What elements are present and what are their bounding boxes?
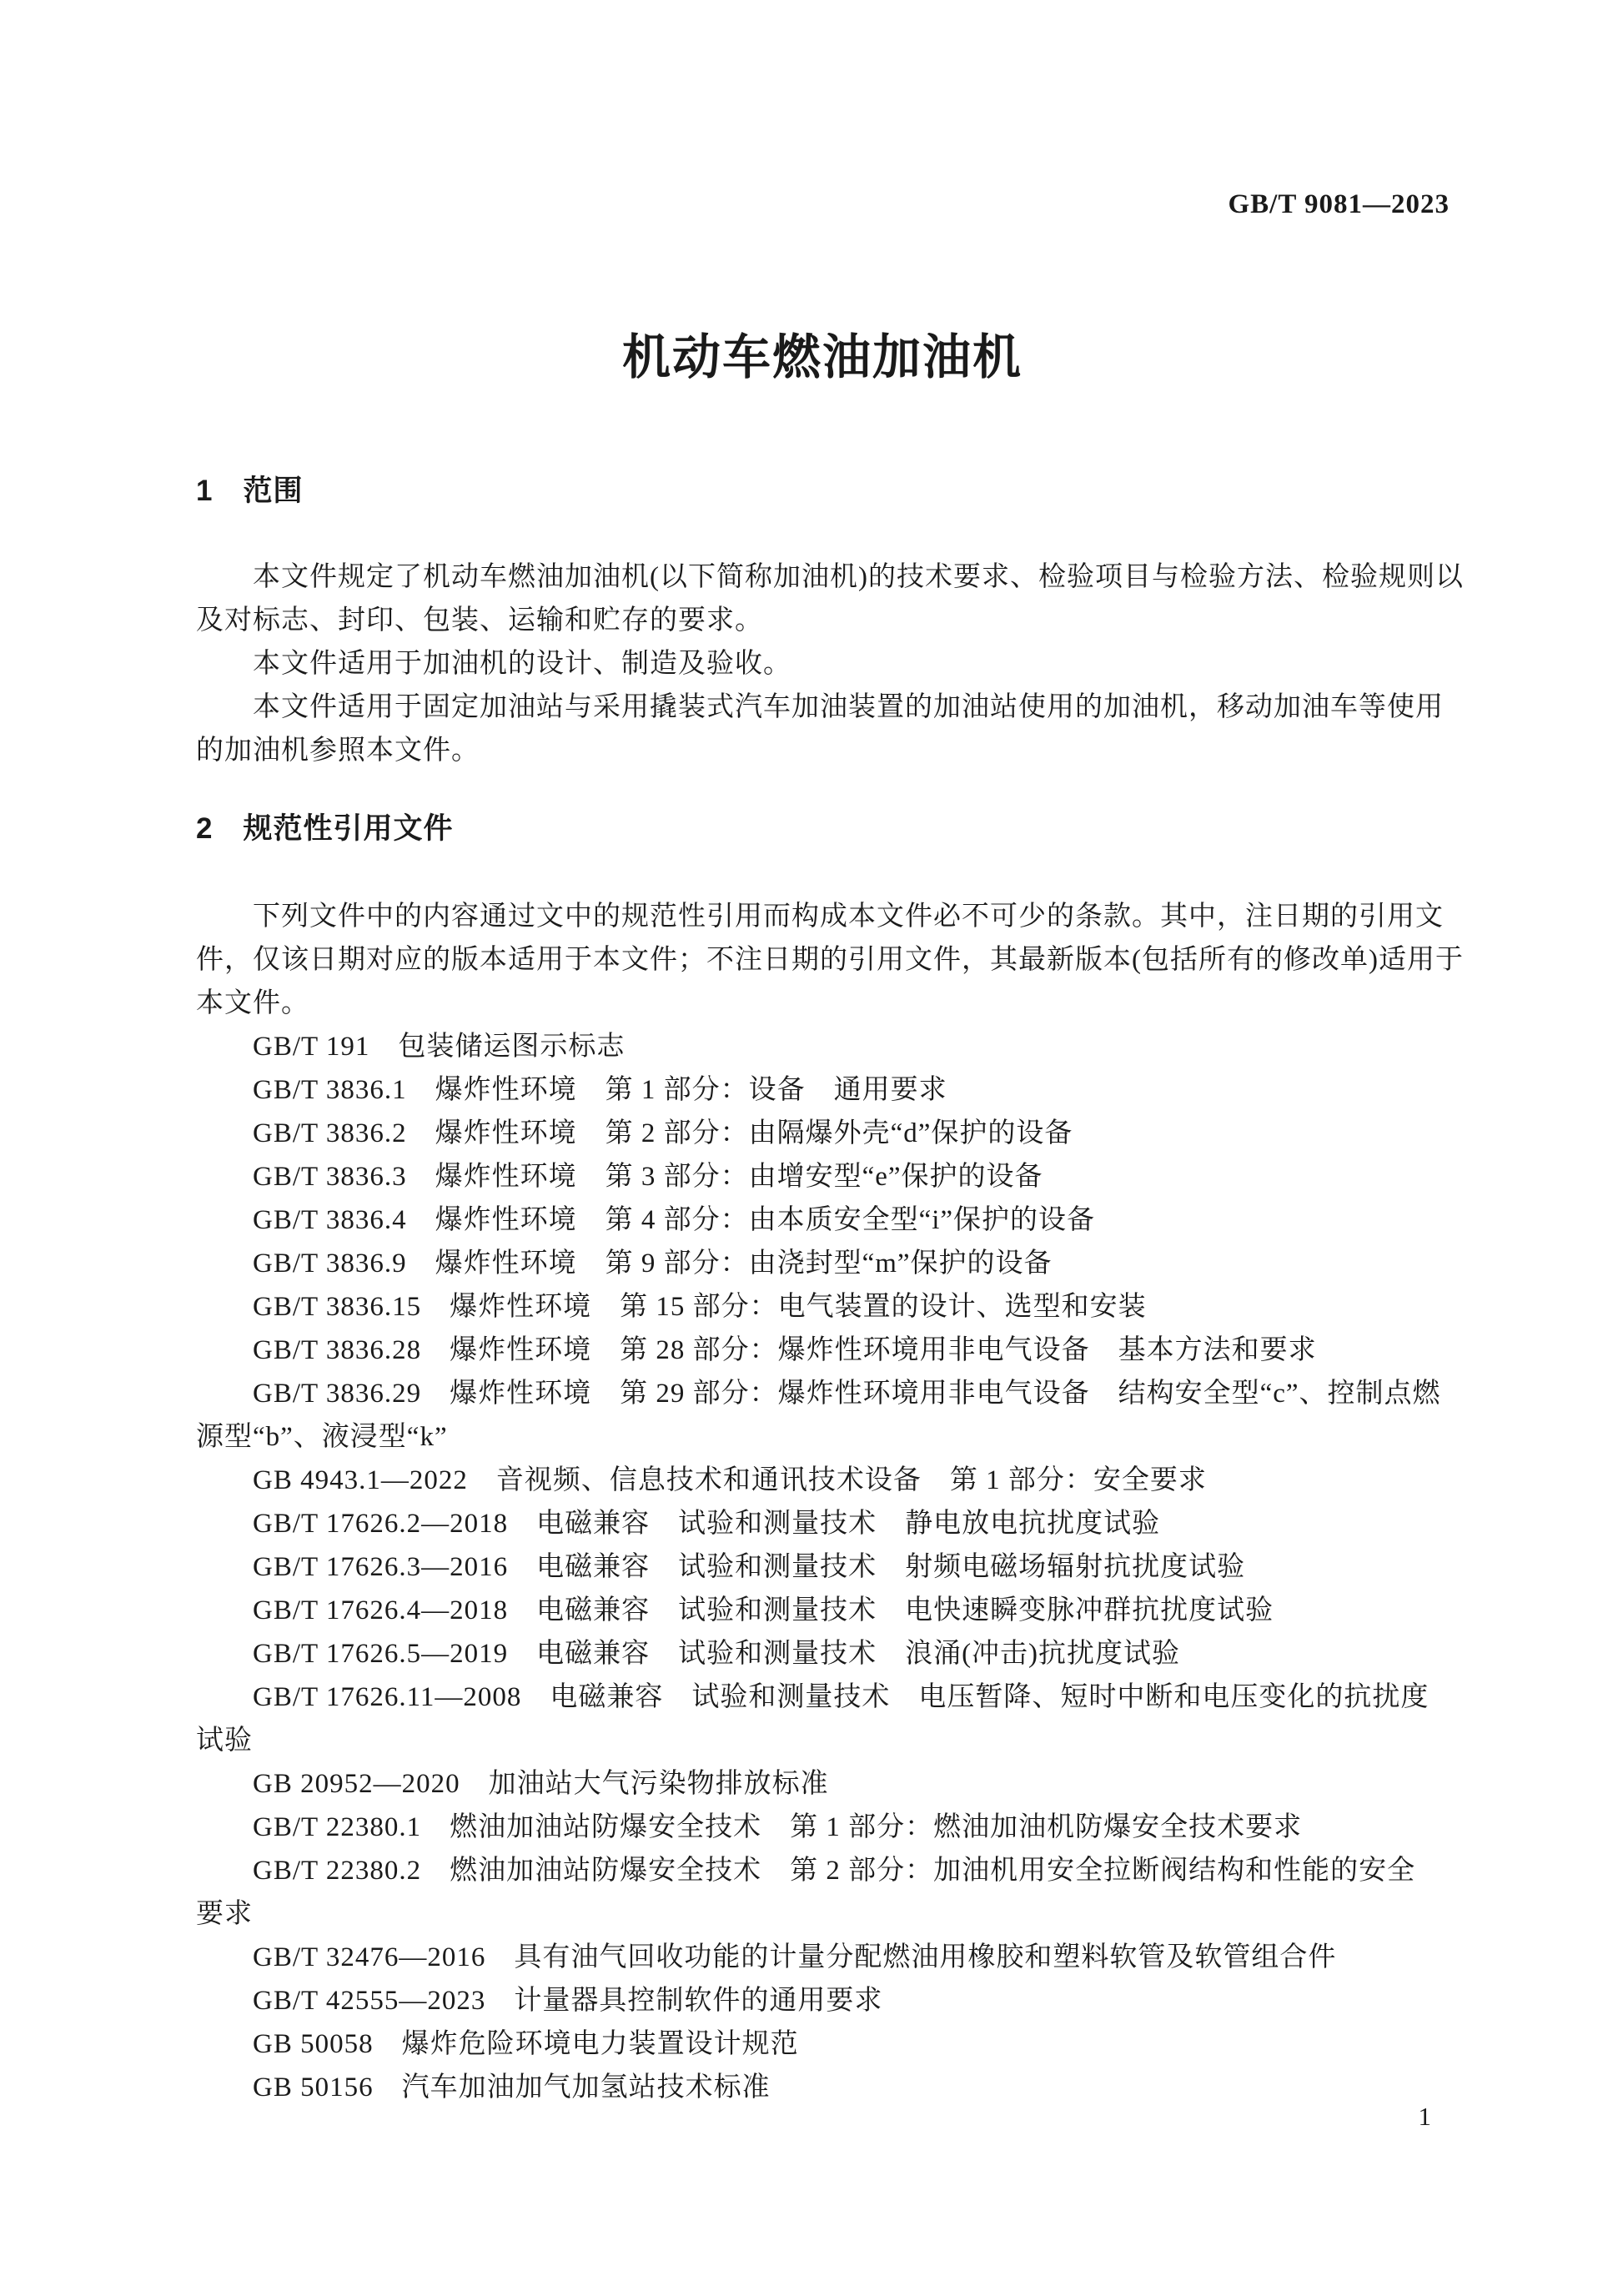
- reference-line: GB/T 3836.28 爆炸性环境 第 28 部分：爆炸性环境用非电气设备 基…: [196, 1329, 1449, 1372]
- intro-line: 下列文件中的内容通过文中的规范性引用而构成本文件必不可少的条款。其中，注日期的引…: [196, 895, 1449, 938]
- reference-line: 试验: [196, 1719, 1449, 1762]
- reference-line: GB/T 32476—2016 具有油气回收功能的计量分配燃油用橡胶和塑料软管及…: [196, 1936, 1449, 1979]
- reference-line: GB/T 17626.4—2018 电磁兼容 试验和测量技术 电快速瞬变脉冲群抗…: [196, 1589, 1449, 1632]
- reference-line: GB/T 17626.2—2018 电磁兼容 试验和测量技术 静电放电抗扰度试验: [196, 1502, 1449, 1545]
- normative-references-list: GB/T 191 包装储运图示标志 GB/T 3836.1 爆炸性环境 第 1 …: [196, 1025, 1449, 2109]
- reference-line: GB/T 22380.2 燃油加油站防爆安全技术 第 2 部分：加油机用安全拉断…: [196, 1849, 1449, 1892]
- reference-line: GB 20952—2020 加油站大气污染物排放标准: [196, 1762, 1449, 1806]
- reference-line: GB 50156 汽车加油加气加氢站技术标准: [196, 2066, 1449, 2109]
- section-heading-normative-references: 2 规范性引用文件: [196, 812, 453, 846]
- scope-line: 的加油机参照本文件。: [196, 729, 1449, 772]
- reference-line: GB 50058 爆炸危险环境电力装置设计规范: [196, 2022, 1449, 2066]
- reference-line: GB/T 3836.29 爆炸性环境 第 29 部分：爆炸性环境用非电气设备 结…: [196, 1372, 1449, 1415]
- reference-line: GB/T 17626.5—2019 电磁兼容 试验和测量技术 浪涌(冲击)抗扰度…: [196, 1632, 1449, 1676]
- reference-line: 源型“b”、液浸型“k”: [196, 1415, 1449, 1459]
- scope-line: 及对标志、封印、包装、运输和贮存的要求。: [196, 599, 1449, 642]
- reference-line: GB/T 22380.1 燃油加油站防爆安全技术 第 1 部分：燃油加油机防爆安…: [196, 1806, 1449, 1849]
- intro-line: 件，仅该日期对应的版本适用于本文件；不注日期的引用文件，其最新版本(包括所有的修…: [196, 938, 1449, 982]
- reference-line: GB 4943.1—2022 音视频、信息技术和通讯技术设备 第 1 部分：安全…: [196, 1459, 1449, 1502]
- document-title: 机动车燃油加油机: [196, 332, 1449, 384]
- reference-line: GB/T 17626.3—2016 电磁兼容 试验和测量技术 射频电磁场辐射抗扰…: [196, 1545, 1449, 1589]
- scope-line: 本文件规定了机动车燃油加油机(以下简称加油机)的技术要求、检验项目与检验方法、检…: [196, 555, 1449, 599]
- standard-code: GB/T 9081—2023: [1228, 189, 1450, 219]
- reference-line: GB/T 3836.9 爆炸性环境 第 9 部分：由浇封型“m”保护的设备: [196, 1242, 1449, 1285]
- reference-line: GB/T 42555—2023 计量器具控制软件的通用要求: [196, 1979, 1449, 2022]
- reference-line: 要求: [196, 1892, 1449, 1936]
- scope-line: 本文件适用于固定加油站与采用撬装式汽车加油装置的加油站使用的加油机，移动加油车等…: [196, 686, 1449, 729]
- scope-line: 本文件适用于加油机的设计、制造及验收。: [196, 642, 1449, 686]
- standard-document-page: GB/T 9081—2023 机动车燃油加油机 1 范围 本文件规定了机动车燃油…: [0, 0, 1623, 2296]
- intro-line: 本文件。: [196, 982, 1449, 1025]
- reference-line: GB/T 3836.2 爆炸性环境 第 2 部分：由隔爆外壳“d”保护的设备: [196, 1112, 1449, 1155]
- reference-line: GB/T 3836.1 爆炸性环境 第 1 部分：设备 通用要求: [196, 1068, 1449, 1112]
- reference-line: GB/T 3836.4 爆炸性环境 第 4 部分：由本质安全型“i”保护的设备: [196, 1198, 1449, 1242]
- page-number: 1: [1419, 2098, 1432, 2135]
- section-heading-scope: 1 范围: [196, 475, 303, 508]
- reference-line: GB/T 191 包装储运图示标志: [196, 1025, 1449, 1068]
- reference-line: GB/T 17626.11—2008 电磁兼容 试验和测量技术 电压暂降、短时中…: [196, 1676, 1449, 1719]
- scope-paragraphs: 本文件规定了机动车燃油加油机(以下简称加油机)的技术要求、检验项目与检验方法、检…: [196, 555, 1449, 772]
- reference-line: GB/T 3836.3 爆炸性环境 第 3 部分：由增安型“e”保护的设备: [196, 1155, 1449, 1198]
- normative-references-intro: 下列文件中的内容通过文中的规范性引用而构成本文件必不可少的条款。其中，注日期的引…: [196, 895, 1449, 1025]
- reference-line: GB/T 3836.15 爆炸性环境 第 15 部分：电气装置的设计、选型和安装: [196, 1285, 1449, 1329]
